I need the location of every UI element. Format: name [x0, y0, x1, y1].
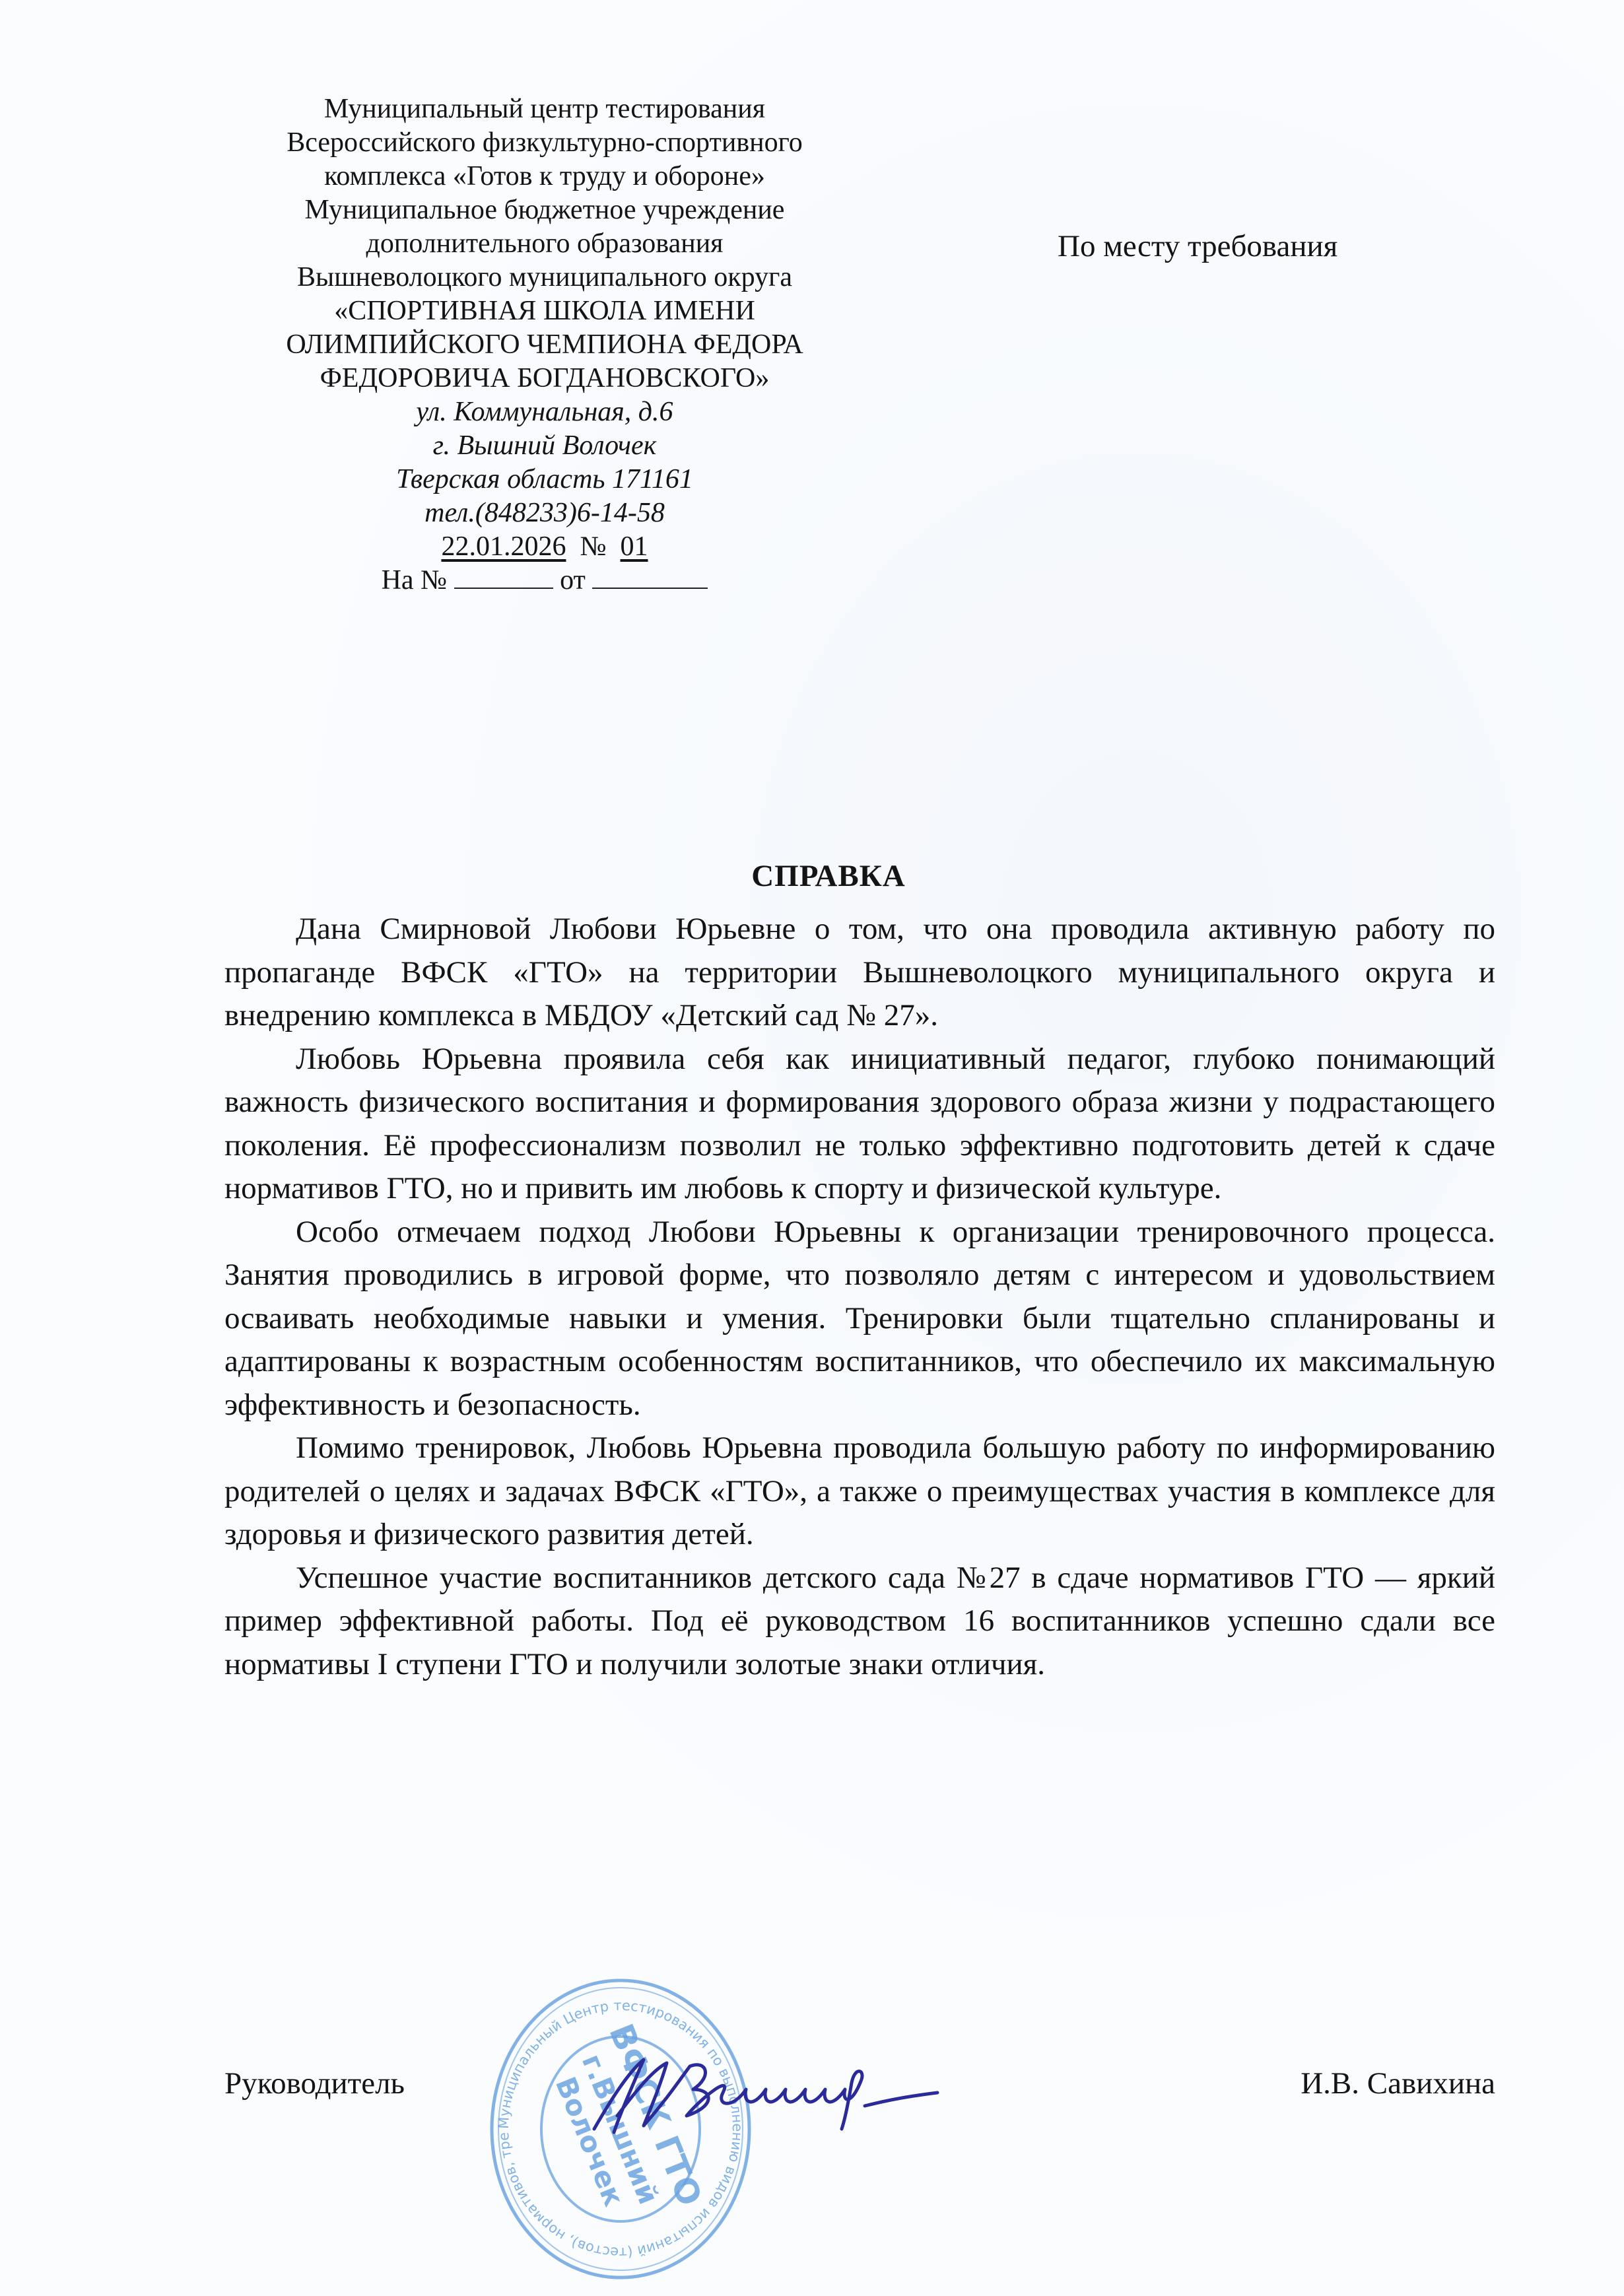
document-title: СПРАВКА [0, 858, 1624, 894]
outgoing-number-label: № [580, 531, 606, 562]
body-paragraph: Любовь Юрьевна проявила себя как инициат… [224, 1038, 1495, 1211]
document-page: Муниципальный центр тестирования Всеросс… [0, 0, 1624, 2296]
outgoing-reference: 22.01.2026 № 01 [198, 530, 891, 564]
address-phone: тел.(848233)6-14-58 [198, 496, 891, 530]
outgoing-date: 22.01.2026 [441, 531, 566, 562]
outgoing-number: 01 [621, 531, 648, 562]
letterhead-line: Муниципальное бюджетное учреждение [198, 193, 891, 227]
address-region: Тверская область 171161 [198, 463, 891, 496]
letterhead-line: Муниципальный центр тестирования [198, 92, 891, 126]
letterhead-line: ОЛИМПИЙСКОГО ЧЕМПИОНА ФЕДОРА [198, 328, 891, 362]
letterhead-line: комплекса «Готов к труду и обороне» [198, 160, 891, 193]
addressee: По месту требования [1058, 228, 1337, 265]
body-paragraph: Особо отмечаем подход Любови Юрьевны к о… [224, 1211, 1495, 1427]
signatory-name: И.В. Савихина [1301, 2065, 1495, 2102]
letterhead: Муниципальный центр тестирования Всеросс… [198, 92, 891, 597]
reply-number-blank [454, 564, 553, 589]
letterhead-line: Вышневолоцкого муниципального округа [198, 261, 891, 294]
reply-date-label: от [560, 565, 586, 595]
body-paragraph: Успешное участие воспитанников детского … [224, 1557, 1495, 1687]
address-city: г. Вышний Волочек [198, 429, 891, 463]
handwritten-signature-icon [581, 2053, 951, 2139]
signatory-role: Руководитель [224, 2065, 405, 2102]
reply-number-label: На № [382, 565, 448, 595]
body-paragraph: Дана Смирновой Любови Юрьевне о том, что… [224, 908, 1495, 1038]
letterhead-line: «СПОРТИВНАЯ ШКОЛА ИМЕНИ [198, 294, 891, 328]
address-street: ул. Коммунальная, д.6 [198, 395, 891, 429]
reply-date-blank [592, 564, 708, 589]
document-body: Дана Смирновой Любови Юрьевне о том, что… [224, 908, 1495, 1686]
letterhead-line: Всероссийского физкультурно-спортивного [198, 126, 891, 160]
reply-reference: На № от [198, 564, 891, 597]
body-paragraph: Помимо тренировок, Любовь Юрьевна провод… [224, 1427, 1495, 1557]
letterhead-line: дополнительного образования [198, 227, 891, 261]
letterhead-line: ФЕДОРОВИЧА БОГДАНОВСКОГО» [198, 362, 891, 395]
